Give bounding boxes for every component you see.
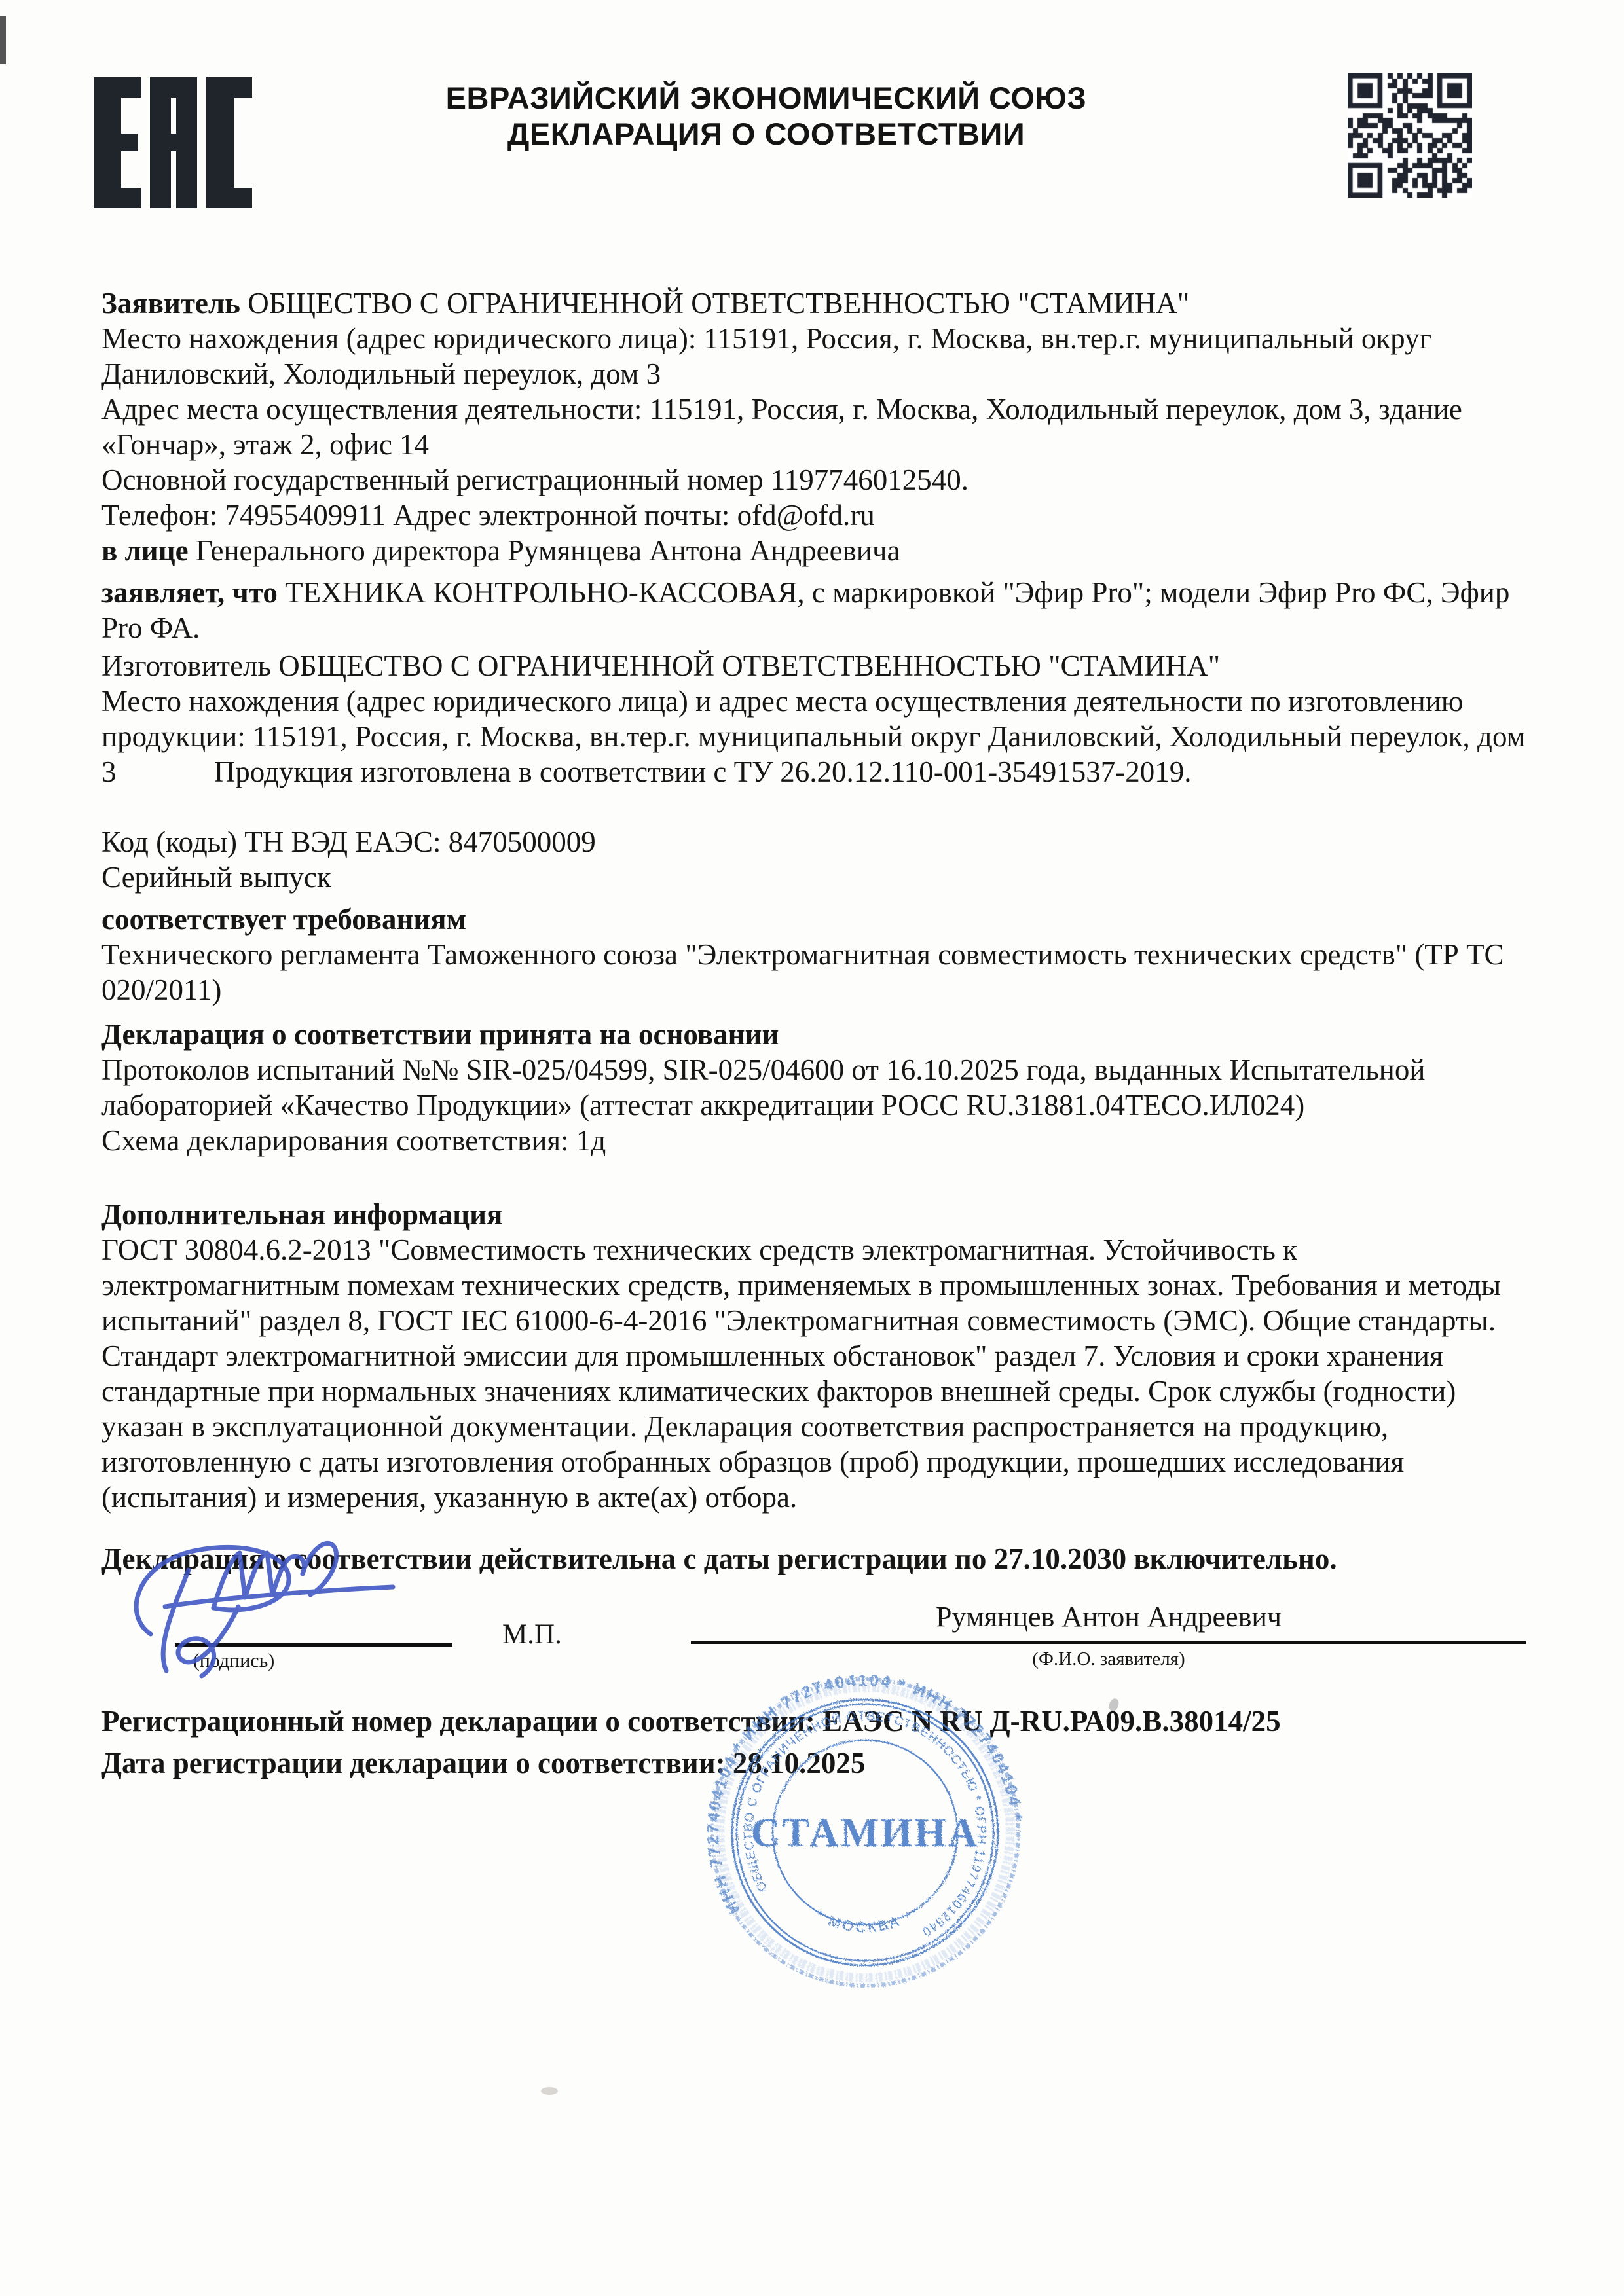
document-title: ЕВРАЗИЙСКИЙ ЭКОНОМИЧЕСКИЙ СОЮЗ ДЕКЛАРАЦИ… xyxy=(393,80,1139,152)
scan-edge-artifact xyxy=(0,16,6,64)
applicant-label: Заявитель xyxy=(101,287,240,319)
scheme-line: Схема декларирования соответствия: 1д xyxy=(101,1123,1542,1158)
product-line: заявляет, что ТЕХНИКА КОНТРОЛЬНО-КАССОВА… xyxy=(101,575,1542,646)
declaration-document: ЕВРАЗИЙСКИЙ ЭКОНОМИЧЕСКИЙ СОЮЗ ДЕКЛАРАЦИ… xyxy=(0,0,1624,2296)
applicant-person: в лице Генерального директора Румянцева … xyxy=(101,533,1542,568)
applicant-contacts: Телефон: 74955409911 Адрес электронной п… xyxy=(101,498,1542,533)
applicant-activity-address: Адрес места осуществления деятельности: … xyxy=(101,392,1542,462)
applicant-address: Место нахождения (адрес юридического лиц… xyxy=(101,321,1542,392)
qr-code xyxy=(1348,73,1472,198)
basis-heading: Декларация о соответствии принята на осн… xyxy=(101,1017,1542,1052)
handwritten-signature xyxy=(110,1531,437,1685)
regulation-line: Технического регламента Таможенного союз… xyxy=(101,937,1542,1008)
applicant-line: Заявитель ОБЩЕСТВО С ОГРАНИЧЕННОЙ ОТВЕТС… xyxy=(101,285,1542,321)
protocols-line: Протоколов испытаний №№ SIR-025/04599, S… xyxy=(101,1052,1542,1123)
company-stamp: ИНН 7727404104 * ИНН 7727404104 * ИНН 77… xyxy=(707,1675,1023,1990)
manufacturer-line: Изготовитель ОБЩЕСТВО С ОГРАНИЧЕННОЙ ОТВ… xyxy=(101,648,1542,683)
applicant-name: ОБЩЕСТВО С ОГРАНИЧЕННОЙ ОТВЕТСТВЕННОСТЬЮ… xyxy=(248,287,1189,319)
title-line-union: ЕВРАЗИЙСКИЙ ЭКОНОМИЧЕСКИЙ СОЮЗ xyxy=(393,80,1139,116)
additional-heading: Дополнительная информация xyxy=(101,1197,1542,1232)
additional-text: ГОСТ 30804.6.2-2013 "Совместимость техни… xyxy=(101,1232,1542,1515)
tu-line: Продукция изготовлена в соответствии с Т… xyxy=(214,756,1192,788)
tnved-line: Код (коды) ТН ВЭД ЕАЭС: 8470500009 xyxy=(101,824,1542,860)
person-name: Генерального директора Румянцева Антона … xyxy=(196,534,900,567)
scan-speck xyxy=(541,2087,558,2095)
title-line-declaration: ДЕКЛАРАЦИЯ О СООТВЕТСТВИИ xyxy=(393,116,1139,152)
serial-line: Серийный выпуск xyxy=(101,860,1542,895)
complies-heading: соответствует требованиям xyxy=(101,902,1542,937)
signatory-name: Румянцев Антон Андреевич xyxy=(691,1600,1526,1633)
signatory-name-line xyxy=(691,1641,1526,1644)
signatory-name-caption: (Ф.И.О. заявителя) xyxy=(691,1649,1526,1670)
person-label: в лице xyxy=(101,534,189,567)
stamp-center-text: СТАМИНА xyxy=(751,1811,980,1855)
product-name: ТЕХНИКА КОНТРОЛЬНО-КАССОВАЯ, с маркировк… xyxy=(101,576,1509,644)
manufacturer-address: Место нахождения (адрес юридического лиц… xyxy=(101,683,1542,790)
applicant-ogrn: Основной государственный регистрационный… xyxy=(101,462,1542,498)
svg-text:* МОСКВА *: * МОСКВА * xyxy=(813,1906,917,1935)
stamp-city-text: * МОСКВА * xyxy=(813,1906,917,1935)
eac-logo xyxy=(94,77,252,213)
stamp-place-label: М.П. xyxy=(502,1618,562,1650)
declares-label: заявляет, что xyxy=(101,576,278,609)
